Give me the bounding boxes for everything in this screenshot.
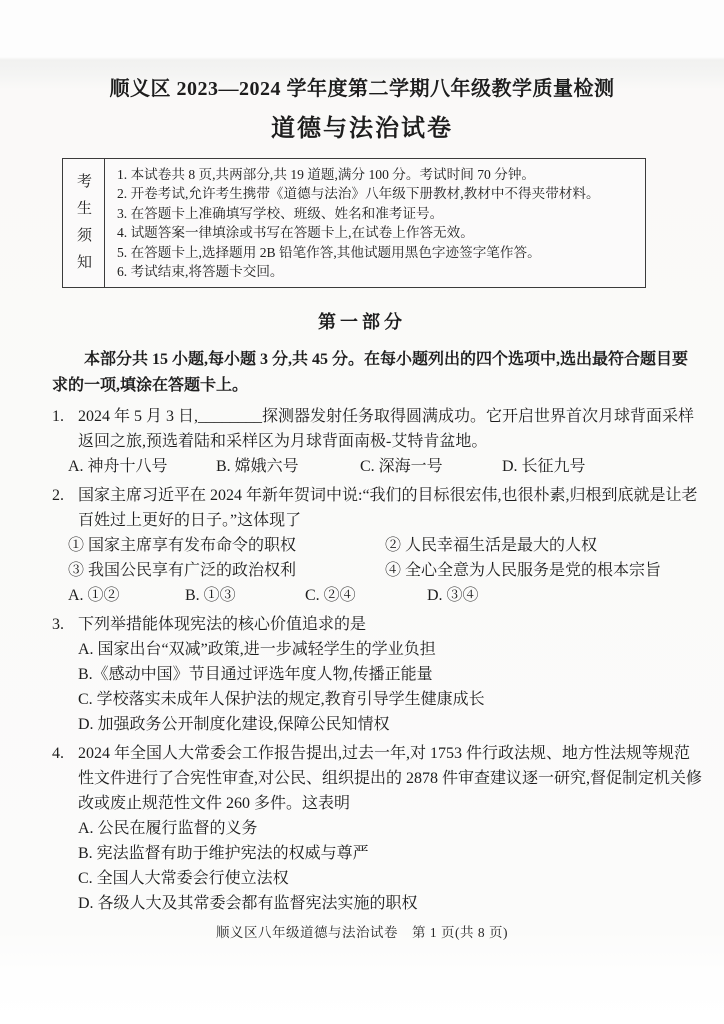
question-3-option-a: A. 国家出台“双减”政策,进一步减轻学生的学业负担 — [52, 637, 702, 662]
question-3-option-d: D. 加强政务公开制度化建设,保障公民知情权 — [52, 712, 702, 737]
question-3-stem: 下列举措能体现宪法的核心价值追求的是 — [78, 612, 702, 637]
question-4-option-b: B. 宪法监督有助于维护宪法的权威与尊严 — [52, 841, 702, 866]
notice-item-5: 5. 在答题卡上,选择题用 2B 铅笔作答,其他试题用黑色字迹签字笔作答。 — [117, 243, 600, 262]
notice-side-label: 考生须知 — [63, 159, 105, 287]
question-1-option-c: C. 深海一号 — [360, 454, 502, 479]
question-4: 4. 2024 年全国人大常委会工作报告提出,过去一年,对 1753 件行政法规… — [52, 741, 702, 916]
candidate-notice-box: 考生须知 1. 本试卷共 8 页,共两部分,共 19 道题,满分 100 分。考… — [62, 158, 646, 288]
question-1-option-d: D. 长征九号 — [502, 454, 702, 479]
question-3: 3. 下列举措能体现宪法的核心价值追求的是 A. 国家出台“双减”政策,进一步减… — [52, 612, 702, 737]
part-one-instructions: 本部分共 15 小题,每小题 3 分,共 45 分。在每小题列出的四个选项中,选… — [52, 347, 702, 399]
question-3-options: A. 国家出台“双减”政策,进一步减轻学生的学业负担 B.《感动中国》节目通过评… — [52, 637, 702, 737]
question-1-option-a: A. 神舟十八号 — [68, 454, 216, 479]
notice-item-1: 1. 本试卷共 8 页,共两部分,共 19 道题,满分 100 分。考试时间 7… — [117, 165, 600, 184]
question-list: 1. 2024 年 5 月 3 日,________探测器发射任务取得圆满成功。… — [52, 404, 702, 916]
question-4-stem: 2024 年全国人大常委会工作报告提出,过去一年,对 1753 件行政法规、地方… — [78, 741, 702, 816]
question-2-number: 2. — [52, 483, 78, 533]
exam-paper-page: 顺义区 2023—2024 学年度第二学期八年级教学质量检测 道德与法治试卷 考… — [0, 0, 724, 1024]
notice-item-list: 1. 本试卷共 8 页,共两部分,共 19 道题,满分 100 分。考试时间 7… — [105, 159, 606, 287]
question-1-options: A. 神舟十八号 B. 嫦娥六号 C. 深海一号 D. 长征九号 — [52, 454, 702, 479]
question-2-option-d: D. ③④ — [427, 583, 702, 608]
notice-item-4: 4. 试题答案一律填涂或书写在答题卡上,在试卷上作答无效。 — [117, 223, 600, 242]
notice-item-2: 2. 开卷考试,允许考生携带《道德与法治》八年级下册教材,教材中不得夹带材料。 — [117, 184, 600, 203]
question-2: 2. 国家主席习近平在 2024 年新年贺词中说:“我们的目标很宏伟,也很朴素,… — [52, 483, 702, 608]
exam-title: 顺义区 2023—2024 学年度第二学期八年级教学质量检测 — [0, 0, 724, 102]
notice-item-3: 3. 在答题卡上准确填写学校、班级、姓名和准考证号。 — [117, 204, 600, 223]
question-4-options: A. 公民在履行监督的义务 B. 宪法监督有助于维护宪法的权威与尊严 C. 全国… — [52, 816, 702, 916]
question-1: 1. 2024 年 5 月 3 日,________探测器发射任务取得圆满成功。… — [52, 404, 702, 479]
question-2-substatements: ① 国家主席享有发布命令的职权 ② 人民幸福生活是最大的人权 ③ 我国公民享有广… — [52, 533, 702, 583]
question-4-option-d: D. 各级人大及其常委会都有监督宪法实施的职权 — [52, 891, 702, 916]
question-2-substatement-4: ④ 全心全意为人民服务是党的根本宗旨 — [385, 558, 702, 583]
question-2-substatement-3: ③ 我国公民享有广泛的政治权利 — [68, 558, 385, 583]
question-4-option-a: A. 公民在履行监督的义务 — [52, 816, 702, 841]
question-2-stem: 国家主席习近平在 2024 年新年贺词中说:“我们的目标很宏伟,也很朴素,归根到… — [78, 483, 702, 533]
part-one-heading: 第一部分 — [0, 310, 724, 334]
question-3-option-c: C. 学校落实未成年人保护法的规定,教育引导学生健康成长 — [52, 687, 702, 712]
question-4-number: 4. — [52, 741, 78, 816]
question-1-number: 1. — [52, 404, 78, 454]
question-1-stem-row: 1. 2024 年 5 月 3 日,________探测器发射任务取得圆满成功。… — [52, 404, 702, 454]
question-2-stem-row: 2. 国家主席习近平在 2024 年新年贺词中说:“我们的目标很宏伟,也很朴素,… — [52, 483, 702, 533]
question-2-substatement-2: ② 人民幸福生活是最大的人权 — [385, 533, 702, 558]
question-3-stem-row: 3. 下列举措能体现宪法的核心价值追求的是 — [52, 612, 702, 637]
question-2-substatement-1: ① 国家主席享有发布命令的职权 — [68, 533, 385, 558]
question-2-option-b: B. ①③ — [185, 583, 305, 608]
question-4-stem-row: 4. 2024 年全国人大常委会工作报告提出,过去一年,对 1753 件行政法规… — [52, 741, 702, 816]
question-2-option-a: A. ①② — [68, 583, 185, 608]
question-2-options: A. ①② B. ①③ C. ②④ D. ③④ — [52, 583, 702, 608]
page-footer: 顺义区八年级道德与法治试卷 第 1 页(共 8 页) — [0, 921, 724, 941]
question-1-option-b: B. 嫦娥六号 — [216, 454, 360, 479]
question-3-option-b: B.《感动中国》节目通过评选年度人物,传播正能量 — [52, 662, 702, 687]
question-2-option-c: C. ②④ — [305, 583, 427, 608]
notice-item-6: 6. 考试结束,将答题卡交回。 — [117, 262, 600, 281]
exam-subtitle: 道德与法治试卷 — [0, 113, 724, 145]
question-3-number: 3. — [52, 612, 78, 637]
question-4-option-c: C. 全国人大常委会行使立法权 — [52, 866, 702, 891]
question-1-stem: 2024 年 5 月 3 日,________探测器发射任务取得圆满成功。它开启… — [78, 404, 702, 454]
